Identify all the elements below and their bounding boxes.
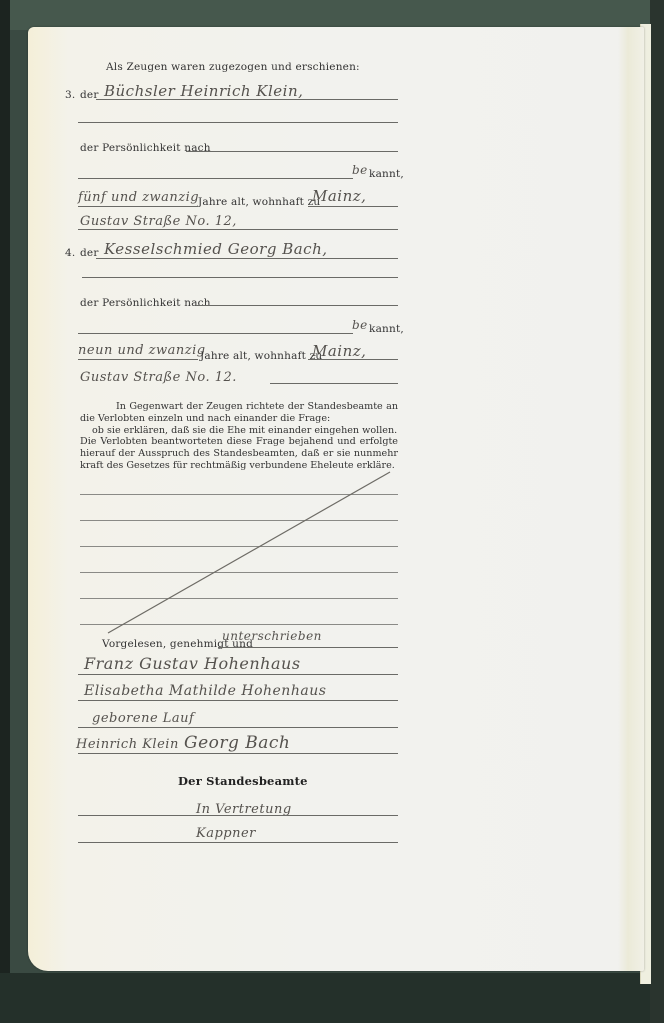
form-line bbox=[78, 700, 398, 701]
signature-groom: Franz Gustav Hohenhaus bbox=[84, 654, 301, 673]
registrar-signature: Kappner bbox=[196, 826, 256, 841]
form-line bbox=[78, 674, 398, 675]
registrar-title: Der Standesbeamte bbox=[178, 774, 308, 788]
signature-bride-maiden: geborene Lauf bbox=[92, 711, 194, 726]
form-line bbox=[78, 753, 398, 754]
signature-witness-4: Georg Bach bbox=[184, 733, 290, 753]
signature-bride: Elisabetha Mathilde Hohenhaus bbox=[84, 683, 326, 699]
cancellation-stroke bbox=[0, 0, 664, 1023]
closing-handwritten: unterschrieben bbox=[222, 629, 322, 643]
form-line bbox=[218, 647, 398, 648]
signature-witness-3: Heinrich Klein bbox=[76, 737, 179, 752]
form-line bbox=[78, 727, 398, 728]
form-line bbox=[78, 815, 398, 816]
form-line bbox=[78, 842, 398, 843]
